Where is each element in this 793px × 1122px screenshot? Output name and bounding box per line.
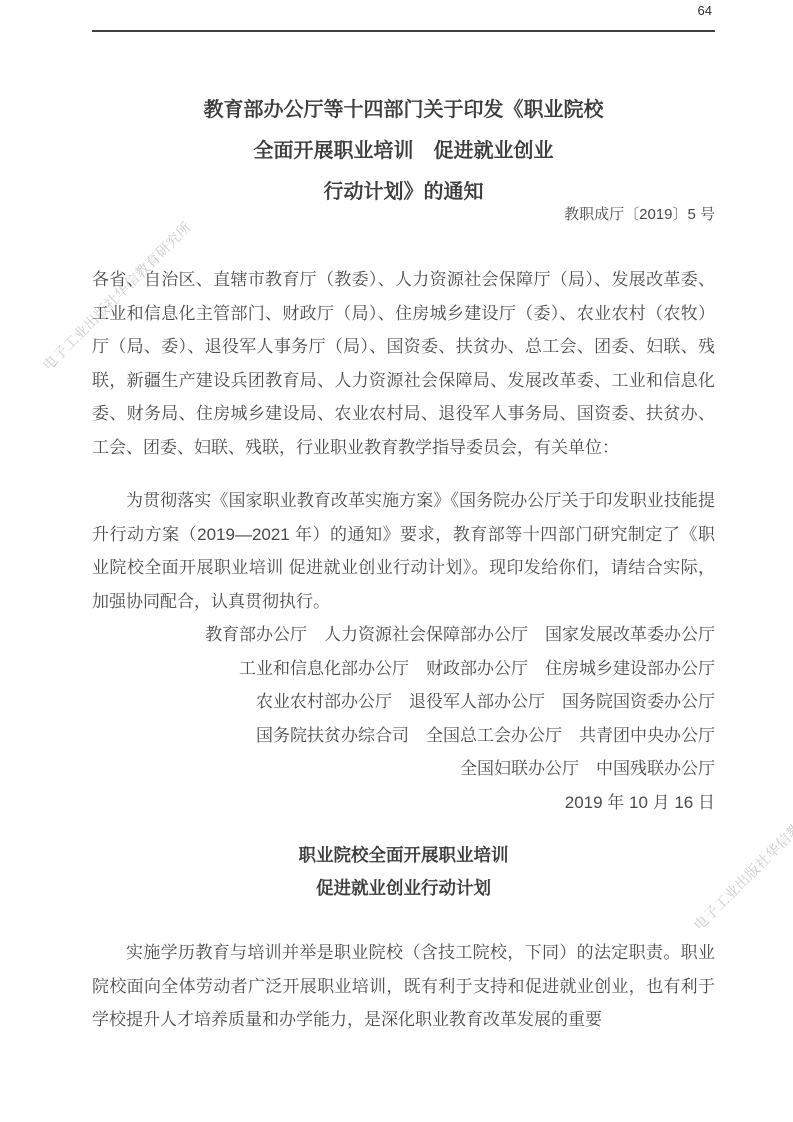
- section-heading-line: 促进就业创业行动计划: [92, 872, 715, 905]
- recipients-paragraph: 各省、自治区、直辖市教育厅（教委）、人力资源社会保障厅（局）、发展改革委、工业和…: [92, 263, 715, 464]
- signatory-line: 农业农村部办公厅 退役军人部办公厅 国务院国资委办公厅: [92, 685, 715, 719]
- document-title-line: 教育部办公厅等十四部门关于印发《职业院校: [92, 90, 715, 131]
- body-paragraph: 为贯彻落实《国家职业教育改革实施方案》《国务院办公厅关于印发职业技能提升行动方案…: [92, 484, 715, 618]
- section-paragraph: 实施学历教育与培训并举是职业院校（含技工院校，下同）的法定职责。职业院校面向全体…: [92, 936, 715, 1037]
- document-content: 教育部办公厅等十四部门关于印发《职业院校 全面开展职业培训 促进就业创业 行动计…: [92, 0, 715, 1037]
- signatory-line: 全国妇联办公厅 中国残联办公厅: [92, 752, 715, 786]
- signatory-line: 工业和信息化部办公厅 财政部办公厅 住房城乡建设部办公厅: [92, 652, 715, 686]
- document-title-line: 全面开展职业培训 促进就业创业: [92, 131, 715, 172]
- document-page: 电子工业出版社华信教育研究所 电子工业出版社华信教育研究所 64 教育部办公厅等…: [0, 0, 793, 1122]
- signatory-line: 教育部办公厅 人力资源社会保障部办公厅 国家发展改革委办公厅: [92, 618, 715, 652]
- document-date: 2019 年 10 月 16 日: [92, 786, 715, 820]
- section-heading: 职业院校全面开展职业培训 促进就业创业行动计划: [92, 839, 715, 905]
- section-heading-line: 职业院校全面开展职业培训: [92, 839, 715, 872]
- signatory-line: 国务院扶贫办综合司 全国总工会办公厅 共青团中央办公厅: [92, 719, 715, 753]
- signature-block: 教育部办公厅 人力资源社会保障部办公厅 国家发展改革委办公厅 工业和信息化部办公…: [92, 618, 715, 819]
- document-title: 教育部办公厅等十四部门关于印发《职业院校 全面开展职业培训 促进就业创业 行动计…: [92, 90, 715, 213]
